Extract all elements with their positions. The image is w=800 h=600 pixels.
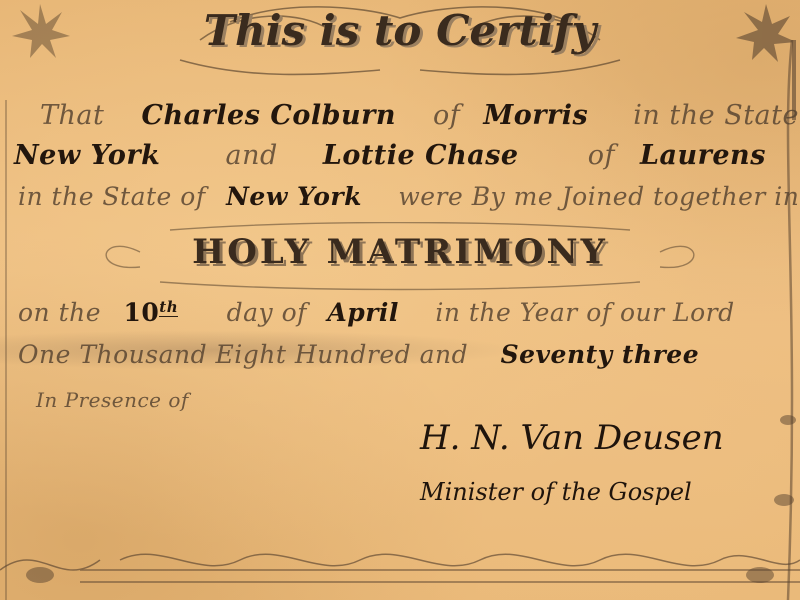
officiant-signature: H. N. Van Deusen — [420, 418, 724, 458]
bride-state: New York — [226, 182, 362, 211]
line-2: New York and Lottie Chase of Laurens — [14, 140, 766, 171]
groom-town: Morris — [483, 100, 588, 131]
text-on-the: on the — [18, 298, 101, 327]
text-of-2: of — [588, 140, 615, 171]
text-of: of — [433, 100, 460, 131]
bride-name: Lottie Chase — [323, 140, 519, 171]
day-number: 10 — [124, 298, 160, 327]
line-4: on the 10th day of April in the Year of … — [18, 298, 735, 327]
text-in-state-2: in the State of — [18, 182, 206, 211]
text-in-state: in the State of — [633, 100, 800, 131]
text-year-of-lord: in the Year of our Lord — [435, 298, 734, 327]
groom-name: Charles Colburn — [141, 100, 396, 131]
officiant-role: Minister of the Gospel — [420, 478, 692, 506]
bride-town: Laurens — [640, 140, 766, 171]
text-that: That — [40, 100, 104, 131]
text-joined: were By me Joined together in — [398, 182, 799, 211]
text-day-of: day of — [227, 298, 307, 327]
year-prefix: One Thousand Eight Hundred and — [18, 340, 468, 369]
year-suffix: Seventy three — [501, 340, 700, 369]
day-suffix: th — [159, 298, 178, 317]
line-5: One Thousand Eight Hundred and Seventy t… — [18, 340, 699, 369]
line-3: in the State of New York were By me Join… — [18, 182, 799, 211]
presence-label: In Presence of — [36, 388, 189, 412]
ceremony-heading: HOLY MATRIMONY — [0, 232, 800, 272]
text-and: and — [225, 140, 277, 171]
month: April — [327, 298, 399, 327]
line-1: That Charles Colburn of Morris in the St… — [40, 100, 800, 131]
groom-state: New York — [14, 140, 160, 171]
certificate-title: This is to Certify — [0, 6, 800, 55]
